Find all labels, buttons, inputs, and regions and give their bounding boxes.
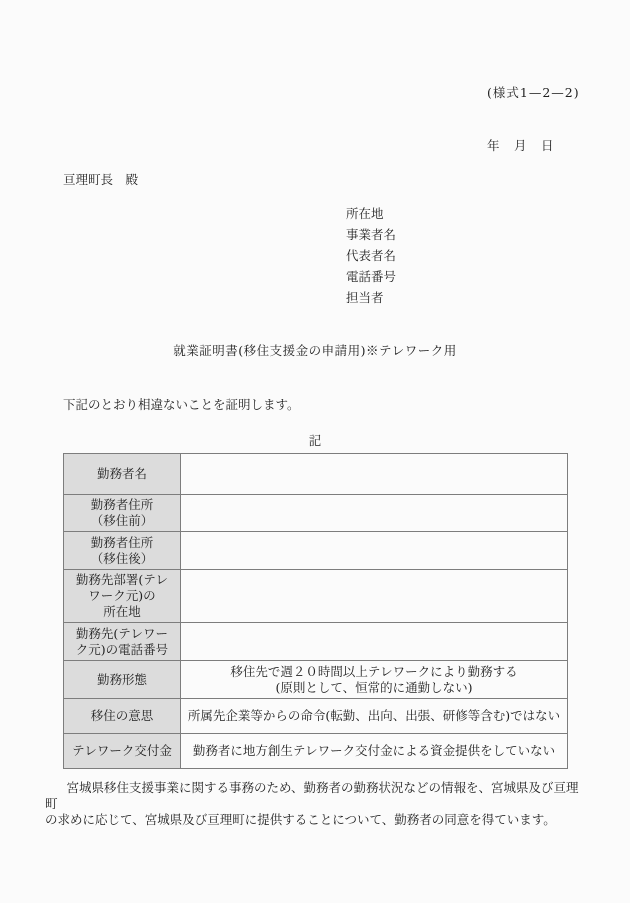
row-value: 移住先で週２０時間以上テレワークにより勤務する (原則として、恒常的に通勤しない… — [181, 661, 568, 699]
table-row-address-before: 勤務者住所 （移住前） — [64, 495, 568, 532]
document-page: (様式1—2—2) 年 月 日 亘理町長 殿 所在地 事業者名 代表者名 電話番… — [0, 0, 630, 903]
row-label: 勤務者名 — [64, 454, 181, 495]
date-line: 年 月 日 — [487, 136, 555, 154]
row-value — [181, 454, 568, 495]
row-value — [181, 532, 568, 570]
document-title: 就業証明書(移住支援金の申請用)※テレワーク用 — [0, 341, 630, 359]
sender-field-business-name: 事業者名 — [346, 224, 396, 245]
row-label: 移住の意思 — [64, 699, 181, 734]
row-label: 勤務先部署(テレ ワーク元)の 所在地 — [64, 570, 181, 623]
row-value: 勤務者に地方創生テレワーク交付金による資金提供をしていない — [181, 734, 568, 769]
table-row-workplace-phone: 勤務先(テレワー ク元)の電話番号 — [64, 623, 568, 661]
consent-paragraph: 宮城県移住支援事業に関する事務のため、勤務者の勤務状況などの情報を、宮城県及び亘… — [45, 780, 586, 828]
sender-field-phone: 電話番号 — [346, 266, 396, 287]
row-value — [181, 623, 568, 661]
table-row-telework-grant: テレワーク交付金 勤務者に地方創生テレワーク交付金による資金提供をしていない — [64, 734, 568, 769]
certificate-table: 勤務者名 勤務者住所 （移住前） 勤務者住所 （移住後） 勤務先部署(テレ ワー… — [63, 453, 568, 769]
row-label: 勤務者住所 （移住前） — [64, 495, 181, 532]
sender-field-location: 所在地 — [346, 203, 396, 224]
record-marker: 記 — [0, 431, 630, 449]
row-value — [181, 495, 568, 532]
table-row-address-after: 勤務者住所 （移住後） — [64, 532, 568, 570]
declaration-text: 下記のとおり相違ないことを証明します。 — [63, 395, 300, 413]
row-value: 所属先企業等からの命令(転勤、出向、出張、研修等含む)ではない — [181, 699, 568, 734]
sender-field-representative: 代表者名 — [346, 245, 396, 266]
table-row-worker-name: 勤務者名 — [64, 454, 568, 495]
sender-block: 所在地 事業者名 代表者名 電話番号 担当者 — [346, 203, 396, 308]
row-label: テレワーク交付金 — [64, 734, 181, 769]
table-row-work-style: 勤務形態 移住先で週２０時間以上テレワークにより勤務する (原則として、恒常的に… — [64, 661, 568, 699]
addressee: 亘理町長 殿 — [63, 170, 138, 188]
sender-field-contact-person: 担当者 — [346, 287, 396, 308]
row-label: 勤務者住所 （移住後） — [64, 532, 181, 570]
table-row-workplace-department-location: 勤務先部署(テレ ワーク元)の 所在地 — [64, 570, 568, 623]
row-value — [181, 570, 568, 623]
form-number: (様式1—2—2) — [487, 83, 580, 101]
table-row-relocation-intent: 移住の意思 所属先企業等からの命令(転勤、出向、出張、研修等含む)ではない — [64, 699, 568, 734]
row-label: 勤務先(テレワー ク元)の電話番号 — [64, 623, 181, 661]
row-label: 勤務形態 — [64, 661, 181, 699]
